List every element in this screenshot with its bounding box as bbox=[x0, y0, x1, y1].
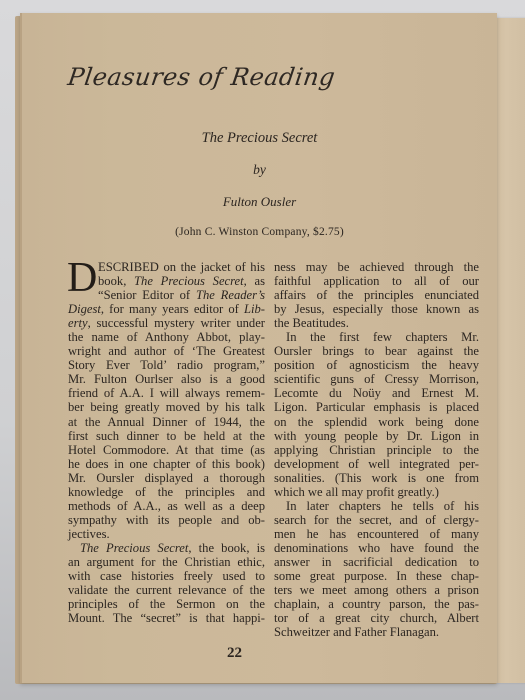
text-line: the Beatitudes. bbox=[274, 316, 479, 330]
text-line: ESCRIBED on the jacket of his bbox=[68, 260, 265, 274]
text-line: Digest, for many years editor of Lib- bbox=[68, 302, 265, 316]
text-line: In the first few chapters Mr. bbox=[274, 330, 479, 344]
text-line: methods of A.A., as well as a deep bbox=[68, 499, 265, 513]
text-line: chaplain, a country parson, the pas- bbox=[274, 597, 479, 611]
text-line: Schweitzer and Father Flanagan. bbox=[274, 625, 479, 639]
text-line: he does in one chapter of this book) bbox=[68, 457, 265, 471]
text-line: some great purpose. In these chap- bbox=[274, 569, 479, 583]
text-line: on the splendid work being done bbox=[274, 415, 479, 429]
text-line: Mr. Fulton Ourlser also is a good bbox=[68, 372, 265, 386]
text-line: jectives. bbox=[68, 527, 265, 541]
text-line: scientific guns of Cressy Morrison, bbox=[274, 372, 479, 386]
publisher-info: (John C. Winston Company, $2.75) bbox=[22, 226, 497, 238]
text-line: affairs of the principles enunciated bbox=[274, 288, 479, 302]
text-line: Hotel Commodore. At that time (as bbox=[68, 443, 265, 457]
text-line: men he has encountered of many bbox=[274, 527, 479, 541]
book-page: Pleasures of Reading The Precious Secret… bbox=[20, 13, 497, 683]
text-line: faithful application to all of our bbox=[274, 274, 479, 288]
text-line: with young people by Dr. Ligon in bbox=[274, 429, 479, 443]
text-line: development of well integrated per- bbox=[274, 457, 479, 471]
text-line: denominations who have found the bbox=[274, 541, 479, 555]
text-line: Mount. The “secret” is that happi- bbox=[68, 611, 265, 625]
text-line: Story Ever Told’ radio program,” bbox=[68, 358, 265, 372]
text-line: knowledge of the principles and bbox=[68, 485, 265, 499]
book-title: The Precious Secret bbox=[22, 130, 497, 147]
text-line: Ligon. Particular emphasis is placed bbox=[274, 400, 479, 414]
text-line: with case histories freely used to bbox=[68, 569, 265, 583]
author-name: Fulton Ousler bbox=[22, 194, 497, 210]
by-line: by bbox=[22, 162, 497, 178]
text-line: first such dinner to be held at the bbox=[68, 429, 265, 443]
text-line: an argument for the Christian ethic, bbox=[68, 555, 265, 569]
section-heading: Pleasures of Reading bbox=[66, 63, 337, 91]
text-line: the name of Anthony Abbot, play- bbox=[68, 330, 265, 344]
text-line: Lecomte du Noüy and Ernest M. bbox=[274, 386, 479, 400]
text-line: search for the secret, and of clergy- bbox=[274, 513, 479, 527]
text-line: wright and author of ‘The Greatest bbox=[68, 344, 265, 358]
text-line: by Jesus, especially those known as bbox=[274, 302, 479, 316]
text-line: erty, successful mystery writer under bbox=[68, 316, 265, 330]
article-column-right: ness may be achieved through the faithfu… bbox=[274, 260, 479, 639]
text-line: The Precious Secret, the book, is bbox=[68, 541, 265, 555]
text-line: which we all may profit greatly.) bbox=[274, 485, 479, 499]
drop-cap: D bbox=[67, 259, 97, 297]
text-line: sonalities. (This work is one from bbox=[274, 471, 479, 485]
article-column-left: D ESCRIBED on the jacket of his book, Th… bbox=[68, 260, 265, 625]
text-line: “Senior Editor of The Reader’s bbox=[68, 288, 265, 302]
text-line: sympathy with its people and ob- bbox=[68, 513, 265, 527]
text-line: applying Christian principle to the bbox=[274, 443, 479, 457]
text-line: at the Annual Dinner of 1944, the bbox=[68, 415, 265, 429]
italic-run: book, The Precious Secret, as bbox=[98, 274, 265, 288]
text-line: answer in sacrificial dedication to bbox=[274, 555, 479, 569]
text-line: In later chapters he tells of his bbox=[274, 499, 479, 513]
text-line: ters we meet among others a prison bbox=[274, 583, 479, 597]
text-line: principles of the Sermon on the bbox=[68, 597, 265, 611]
text-line: position of agnosticism the heavy bbox=[274, 358, 479, 372]
text-line: book, The Precious Secret, as bbox=[68, 274, 265, 288]
text-line: tor of a great city church, Albert bbox=[274, 611, 479, 625]
text-line: ber being greatly moved by his talk bbox=[68, 400, 265, 414]
text-line: Mr. Oursler displayed a thorough bbox=[68, 471, 265, 485]
text-line: friend of A.A. I will always remem- bbox=[68, 386, 265, 400]
text-line: validate the current relevance of the bbox=[68, 583, 265, 597]
text-line: Oursler brings to bear against the bbox=[274, 344, 479, 358]
text-line: ness may be achieved through the bbox=[274, 260, 479, 274]
page-number: 22 bbox=[227, 645, 242, 662]
